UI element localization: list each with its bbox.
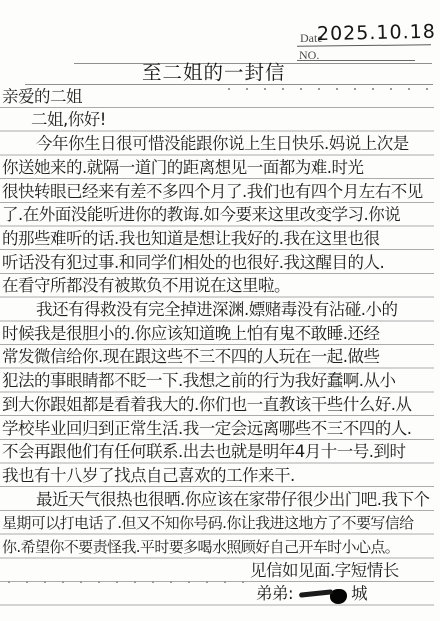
letter-line: 听话没有犯过事.和同学们相处的也很好.我这醒目的人. — [2, 251, 384, 275]
number-underline — [297, 60, 415, 61]
salutation: 亲爱的二姐 — [2, 85, 82, 109]
closing-phrase: 见信如见面.字短情长 — [250, 559, 399, 583]
letter-line: 犯法的事眼睛都不眨一下.我想之前的行为我好蠢啊.从小 — [2, 369, 396, 393]
letter-line: 最近天气很热也很晒.你应该在家带仔很少出门吧.我下个 — [36, 488, 430, 512]
letter-line: 我也有十八岁了找点自己喜欢的工作来干. — [2, 464, 295, 488]
dotted-rule-marks — [228, 88, 428, 90]
letter-line: 你送她来的.就隔一道门的距离想见一面都为难.时光 — [2, 156, 364, 180]
signature: 弟弟: 城 — [256, 582, 367, 606]
letter-line: 星期可以打电话了.但又不知你号码.你让我进这地方了不要写信给 — [2, 511, 414, 535]
letter-title: 至二姐的一封信 — [142, 61, 286, 85]
letter-line: 很快转眼已经来有差不多四个月了.我们也有四个月左右不见 — [2, 180, 423, 204]
letter-line: 我还有得救没有完全掉进深渊.嫖赌毒没有沾碰.小的 — [36, 298, 398, 322]
date-underline — [297, 44, 431, 46]
signature-suffix: 城 — [351, 582, 367, 606]
signature-prefix: 弟弟: — [256, 582, 293, 606]
greeting: 二姐,你好! — [31, 108, 106, 132]
letter-line: 在看守所都没有被欺负不用说在这里啦。 — [2, 274, 290, 298]
letter-line: 了.在外面没能听进你的教诲.如今要来这里改变学习.你说 — [2, 203, 400, 227]
letter-line: 今年你生日很可惜没能跟你说上生日快乐.妈说上次是 — [36, 132, 409, 156]
letter-page: Date 2025.10.18 NO. 至二姐的一封信 亲爱的二姐 二姐,你好!… — [0, 0, 440, 621]
date-value: 2025.10.18 — [317, 21, 429, 45]
redacted-name-scribble — [299, 589, 333, 598]
letter-line: 时候我是很胆小的.你应该知道晚上怕有鬼不敢睡.还经 — [2, 322, 380, 346]
letter-line: 学校毕业回归到正常生活.我一定会远离哪些不三不四的人. — [2, 417, 412, 441]
letter-line: 常发微信给你.现在跟这些不三不四的人玩在一起.做些 — [2, 345, 380, 369]
letter-line: 到大你跟姐都是看着我大的.你们也一直教该干些什么好.从 — [2, 393, 412, 417]
letter-line: 不会再跟他们有任何联系.出去也就是明年4月十一号.到时 — [2, 440, 406, 464]
dotted-rule-marks — [8, 581, 248, 583]
letter-line: 你.希望你不要责怪我.平时要多喝水照顾好自己开车时小心点。 — [2, 535, 399, 559]
letter-line: 的那些难听的话.我也知道是想让我好的.我在这里也很 — [2, 227, 380, 251]
